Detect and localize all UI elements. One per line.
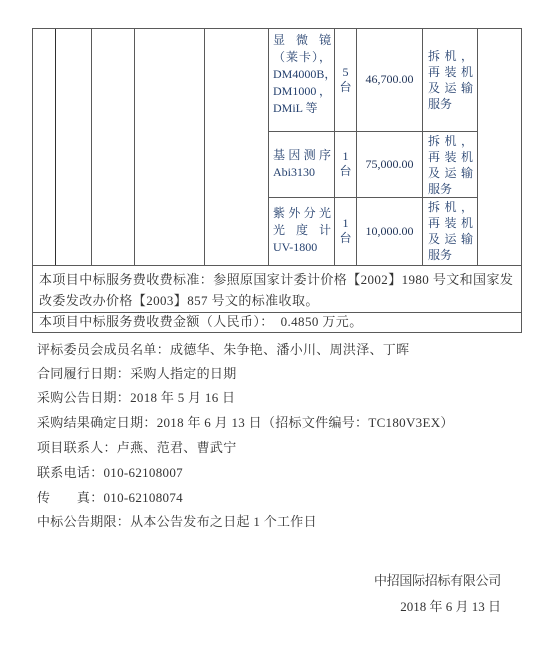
quantity-cell: 1 台: [335, 198, 356, 264]
quantity-number: 1: [343, 216, 349, 231]
fee-amount-row: 本项目中标服务费收费金额（人民币）： 0.4850 万元。: [33, 313, 520, 332]
table-gridline-vertical: [204, 28, 205, 265]
table-gridline-vertical: [91, 28, 92, 265]
unit-price-cell: 75,000.00: [357, 132, 422, 196]
unit-price-cell: 46,700.00: [357, 29, 422, 130]
service-cell: 拆机，再装机及运输服务: [424, 132, 477, 196]
quantity-number: 1: [343, 149, 349, 164]
item-name-cell: 紫外分光光度计 UV-1800: [270, 198, 334, 264]
table-gridline-horizontal: [32, 332, 522, 333]
table-gridline-vertical: [521, 28, 522, 333]
footer-company: 中招国际招标有限公司: [374, 570, 501, 589]
quantity-unit: 台: [339, 164, 351, 179]
service-cell: 拆机，再装机及运输服务: [424, 29, 477, 130]
table-gridline-vertical: [422, 28, 423, 265]
table-gridline-vertical: [268, 28, 269, 265]
info-line-contacts: 项目联系人：卢燕、范君、曹武宁: [37, 437, 237, 456]
info-line-award-period: 中标公告期限：从本公告发布之日起 1 个工作日: [37, 511, 317, 530]
table-gridline-vertical: [55, 28, 56, 265]
info-line-fax: 传 真：010-62108074: [37, 487, 183, 506]
quantity-cell: 1 台: [335, 132, 356, 196]
info-line-contract-date: 合同履行日期：采购人指定的日期: [37, 363, 237, 382]
info-line-result-date: 采购结果确定日期：2018 年 6 月 13 日（招标文件编号：TC180V3E…: [37, 412, 454, 431]
quantity-number: 5: [343, 65, 349, 80]
quantity-cell: 5 台: [335, 29, 356, 130]
table-gridline-vertical: [477, 28, 478, 265]
info-line-phone: 联系电话：010-62108007: [37, 462, 183, 481]
item-name-cell: 基因测序 Abi3130: [270, 132, 334, 196]
fee-standard-row: 本项目中标服务费收费标准：参照原国家计委计价格【2002】1980 号文和国家发…: [33, 266, 520, 311]
table-gridline-vertical: [134, 28, 135, 265]
document-page: 显微镜（莱卡），DM4000B，DM1000，DMiL 等 5 台 46,700…: [0, 0, 544, 662]
quantity-unit: 台: [339, 80, 351, 95]
info-line-announcement-date: 采购公告日期：2018 年 5 月 16 日: [37, 387, 235, 406]
footer-date: 2018 年 6 月 13 日: [400, 596, 501, 615]
item-name-cell: 显微镜（莱卡），DM4000B，DM1000，DMiL 等: [270, 29, 334, 130]
unit-price-cell: 10,000.00: [357, 198, 422, 264]
info-line-evaluation-committee: 评标委员会成员名单：成德华、朱争艳、潘小川、周洪泽、丁晖: [37, 339, 409, 358]
service-cell: 拆机，再装机及运输服务: [424, 198, 477, 264]
quantity-unit: 台: [339, 231, 351, 246]
